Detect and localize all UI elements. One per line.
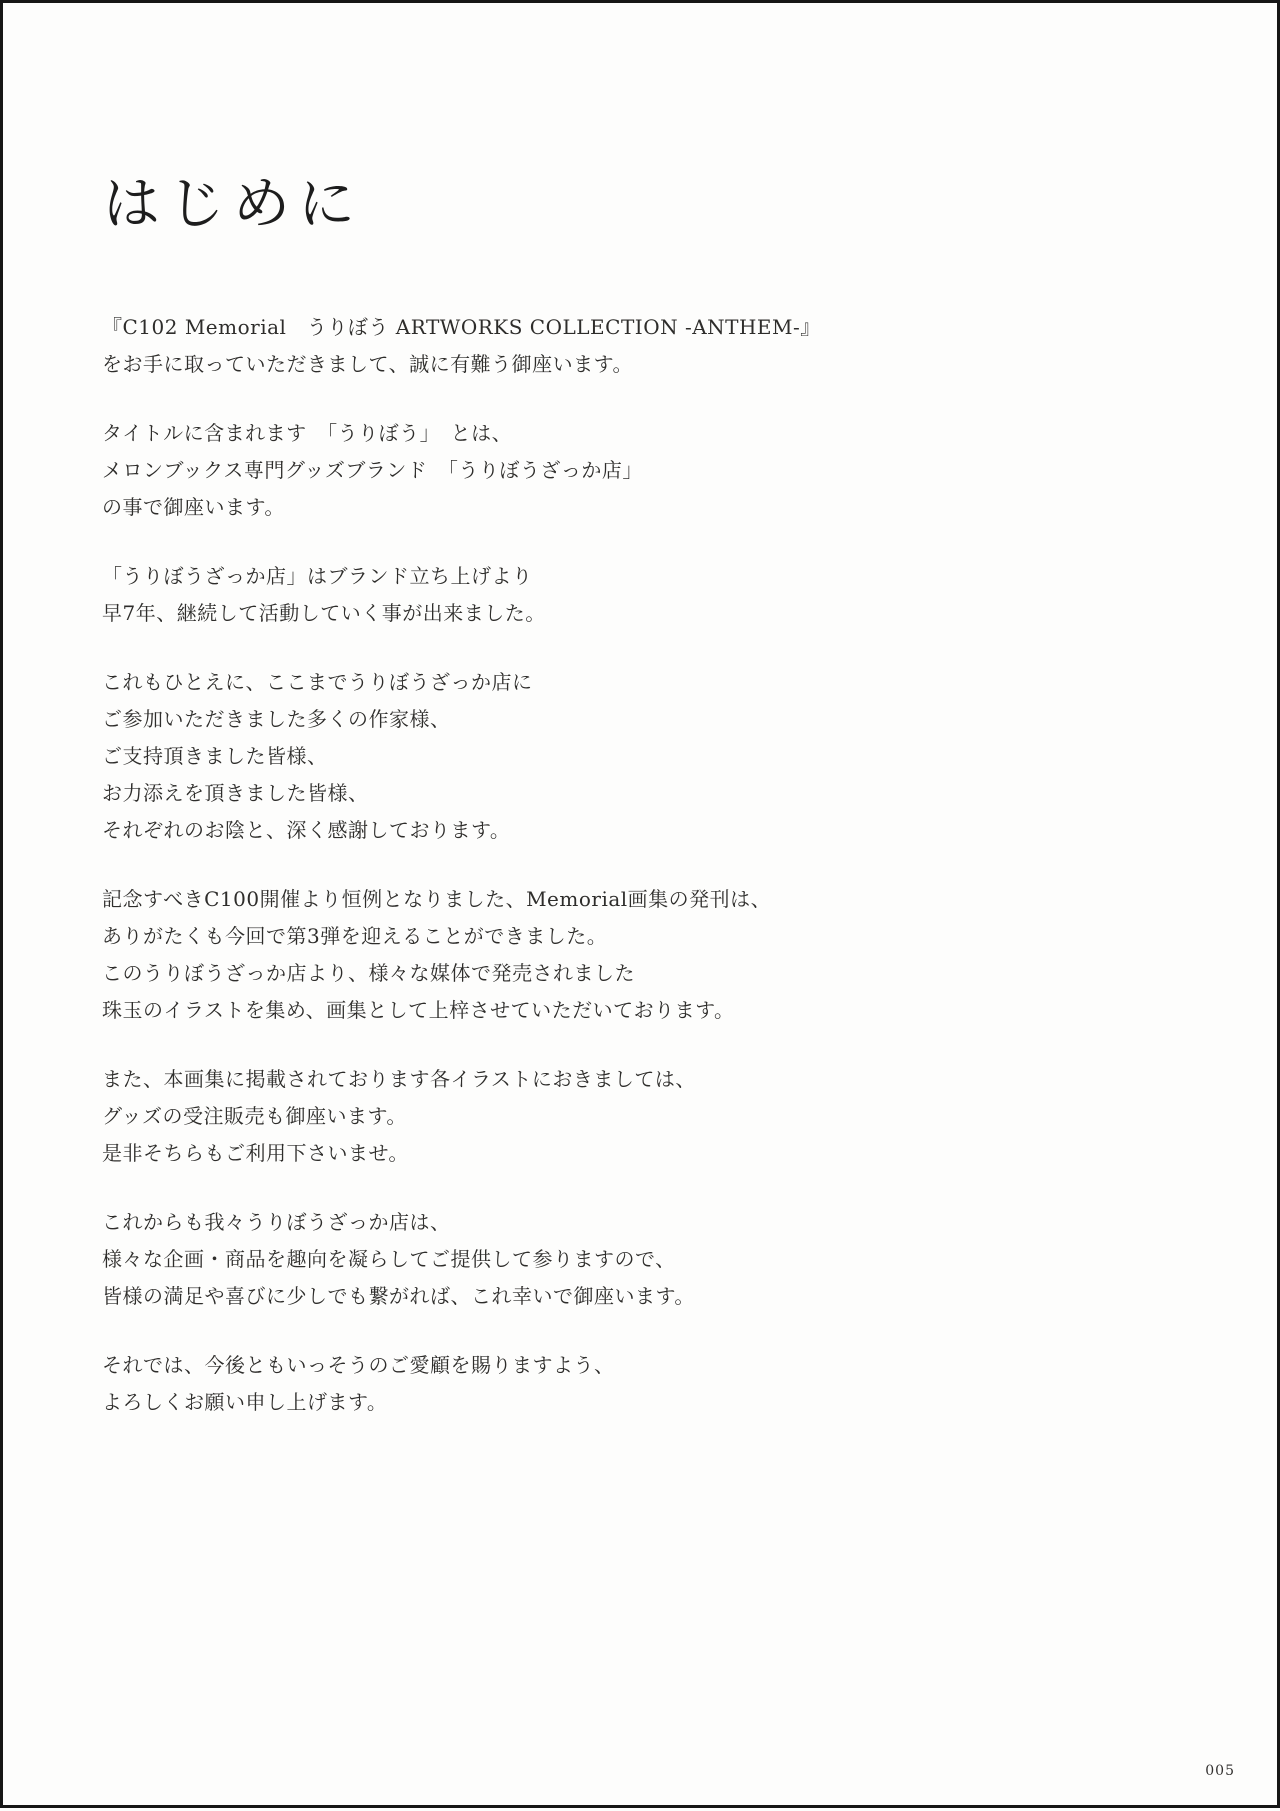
- text-line: の事で御座います。: [102, 489, 802, 526]
- paragraph: これからも我々うりぼうざっか店は、様々な企画・商品を趣向を凝らしてご提供して参り…: [102, 1204, 802, 1315]
- text-line: 「うりぼうざっか店」はブランド立ち上げより: [102, 558, 802, 595]
- text-line: ご参加いただきました多くの作家様、: [102, 701, 802, 738]
- paragraph: 記念すべきC100開催より恒例となりました、Memorial画集の発刊は、ありが…: [102, 881, 802, 1029]
- paragraph: それでは、今後ともいっそうのご愛顧を賜りますよう、よろしくお願い申し上げます。: [102, 1347, 802, 1421]
- text-line: これからも我々うりぼうざっか店は、: [102, 1204, 802, 1241]
- page-number: 005: [1205, 1763, 1235, 1779]
- text-line: 皆様の満足や喜びに少しでも繋がれば、これ幸いで御座います。: [102, 1278, 802, 1315]
- text-line: 記念すべきC100開催より恒例となりました、Memorial画集の発刊は、: [102, 881, 802, 918]
- paragraph: これもひとえに、ここまでうりぼうざっか店にご参加いただきました多くの作家様、ご支…: [102, 664, 802, 849]
- preface-body-text: 『C102 Memorial うりぼう ARTWORKS COLLECTION …: [102, 309, 802, 1453]
- text-line: をお手に取っていただきまして、誠に有難う御座います。: [102, 346, 802, 383]
- text-line: また、本画集に掲載されております各イラストにおきましては、: [102, 1061, 802, 1098]
- paragraph: タイトルに含まれます 「うりぼう」 とは、メロンブックス専門グッズブランド 「う…: [102, 415, 802, 526]
- paragraph: 「うりぼうざっか店」はブランド立ち上げより早7年、継続して活動していく事が出来ま…: [102, 558, 802, 632]
- text-line: これもひとえに、ここまでうりぼうざっか店に: [102, 664, 802, 701]
- text-line: グッズの受注販売も御座います。: [102, 1098, 802, 1135]
- text-line: お力添えを頂きました皆様、: [102, 775, 802, 812]
- text-line: ご支持頂きました皆様、: [102, 738, 802, 775]
- page-title: はじめに: [103, 176, 363, 233]
- text-line: ありがたくも今回で第3弾を迎えることができました。: [102, 918, 802, 955]
- text-line: 是非そちらもご利用下さいませ。: [102, 1135, 802, 1172]
- text-line: タイトルに含まれます 「うりぼう」 とは、: [102, 415, 802, 452]
- text-line: このうりぼうざっか店より、様々な媒体で発売されました: [102, 955, 802, 992]
- text-line: よろしくお願い申し上げます。: [102, 1384, 802, 1421]
- text-line: それぞれのお陰と、深く感謝しております。: [102, 812, 802, 849]
- text-line: 様々な企画・商品を趣向を凝らしてご提供して参りますので、: [102, 1241, 802, 1278]
- book-page: はじめに 『C102 Memorial うりぼう ARTWORKS COLLEC…: [0, 0, 1280, 1811]
- text-line: 珠玉のイラストを集め、画集として上梓させていただいております。: [102, 992, 802, 1029]
- text-line: 早7年、継続して活動していく事が出来ました。: [102, 595, 802, 632]
- text-line: メロンブックス専門グッズブランド 「うりぼうざっか店」: [102, 452, 802, 489]
- paragraph: また、本画集に掲載されております各イラストにおきましては、グッズの受注販売も御座…: [102, 1061, 802, 1172]
- text-line: 『C102 Memorial うりぼう ARTWORKS COLLECTION …: [102, 309, 802, 346]
- paragraph: 『C102 Memorial うりぼう ARTWORKS COLLECTION …: [102, 309, 802, 383]
- text-line: それでは、今後ともいっそうのご愛顧を賜りますよう、: [102, 1347, 802, 1384]
